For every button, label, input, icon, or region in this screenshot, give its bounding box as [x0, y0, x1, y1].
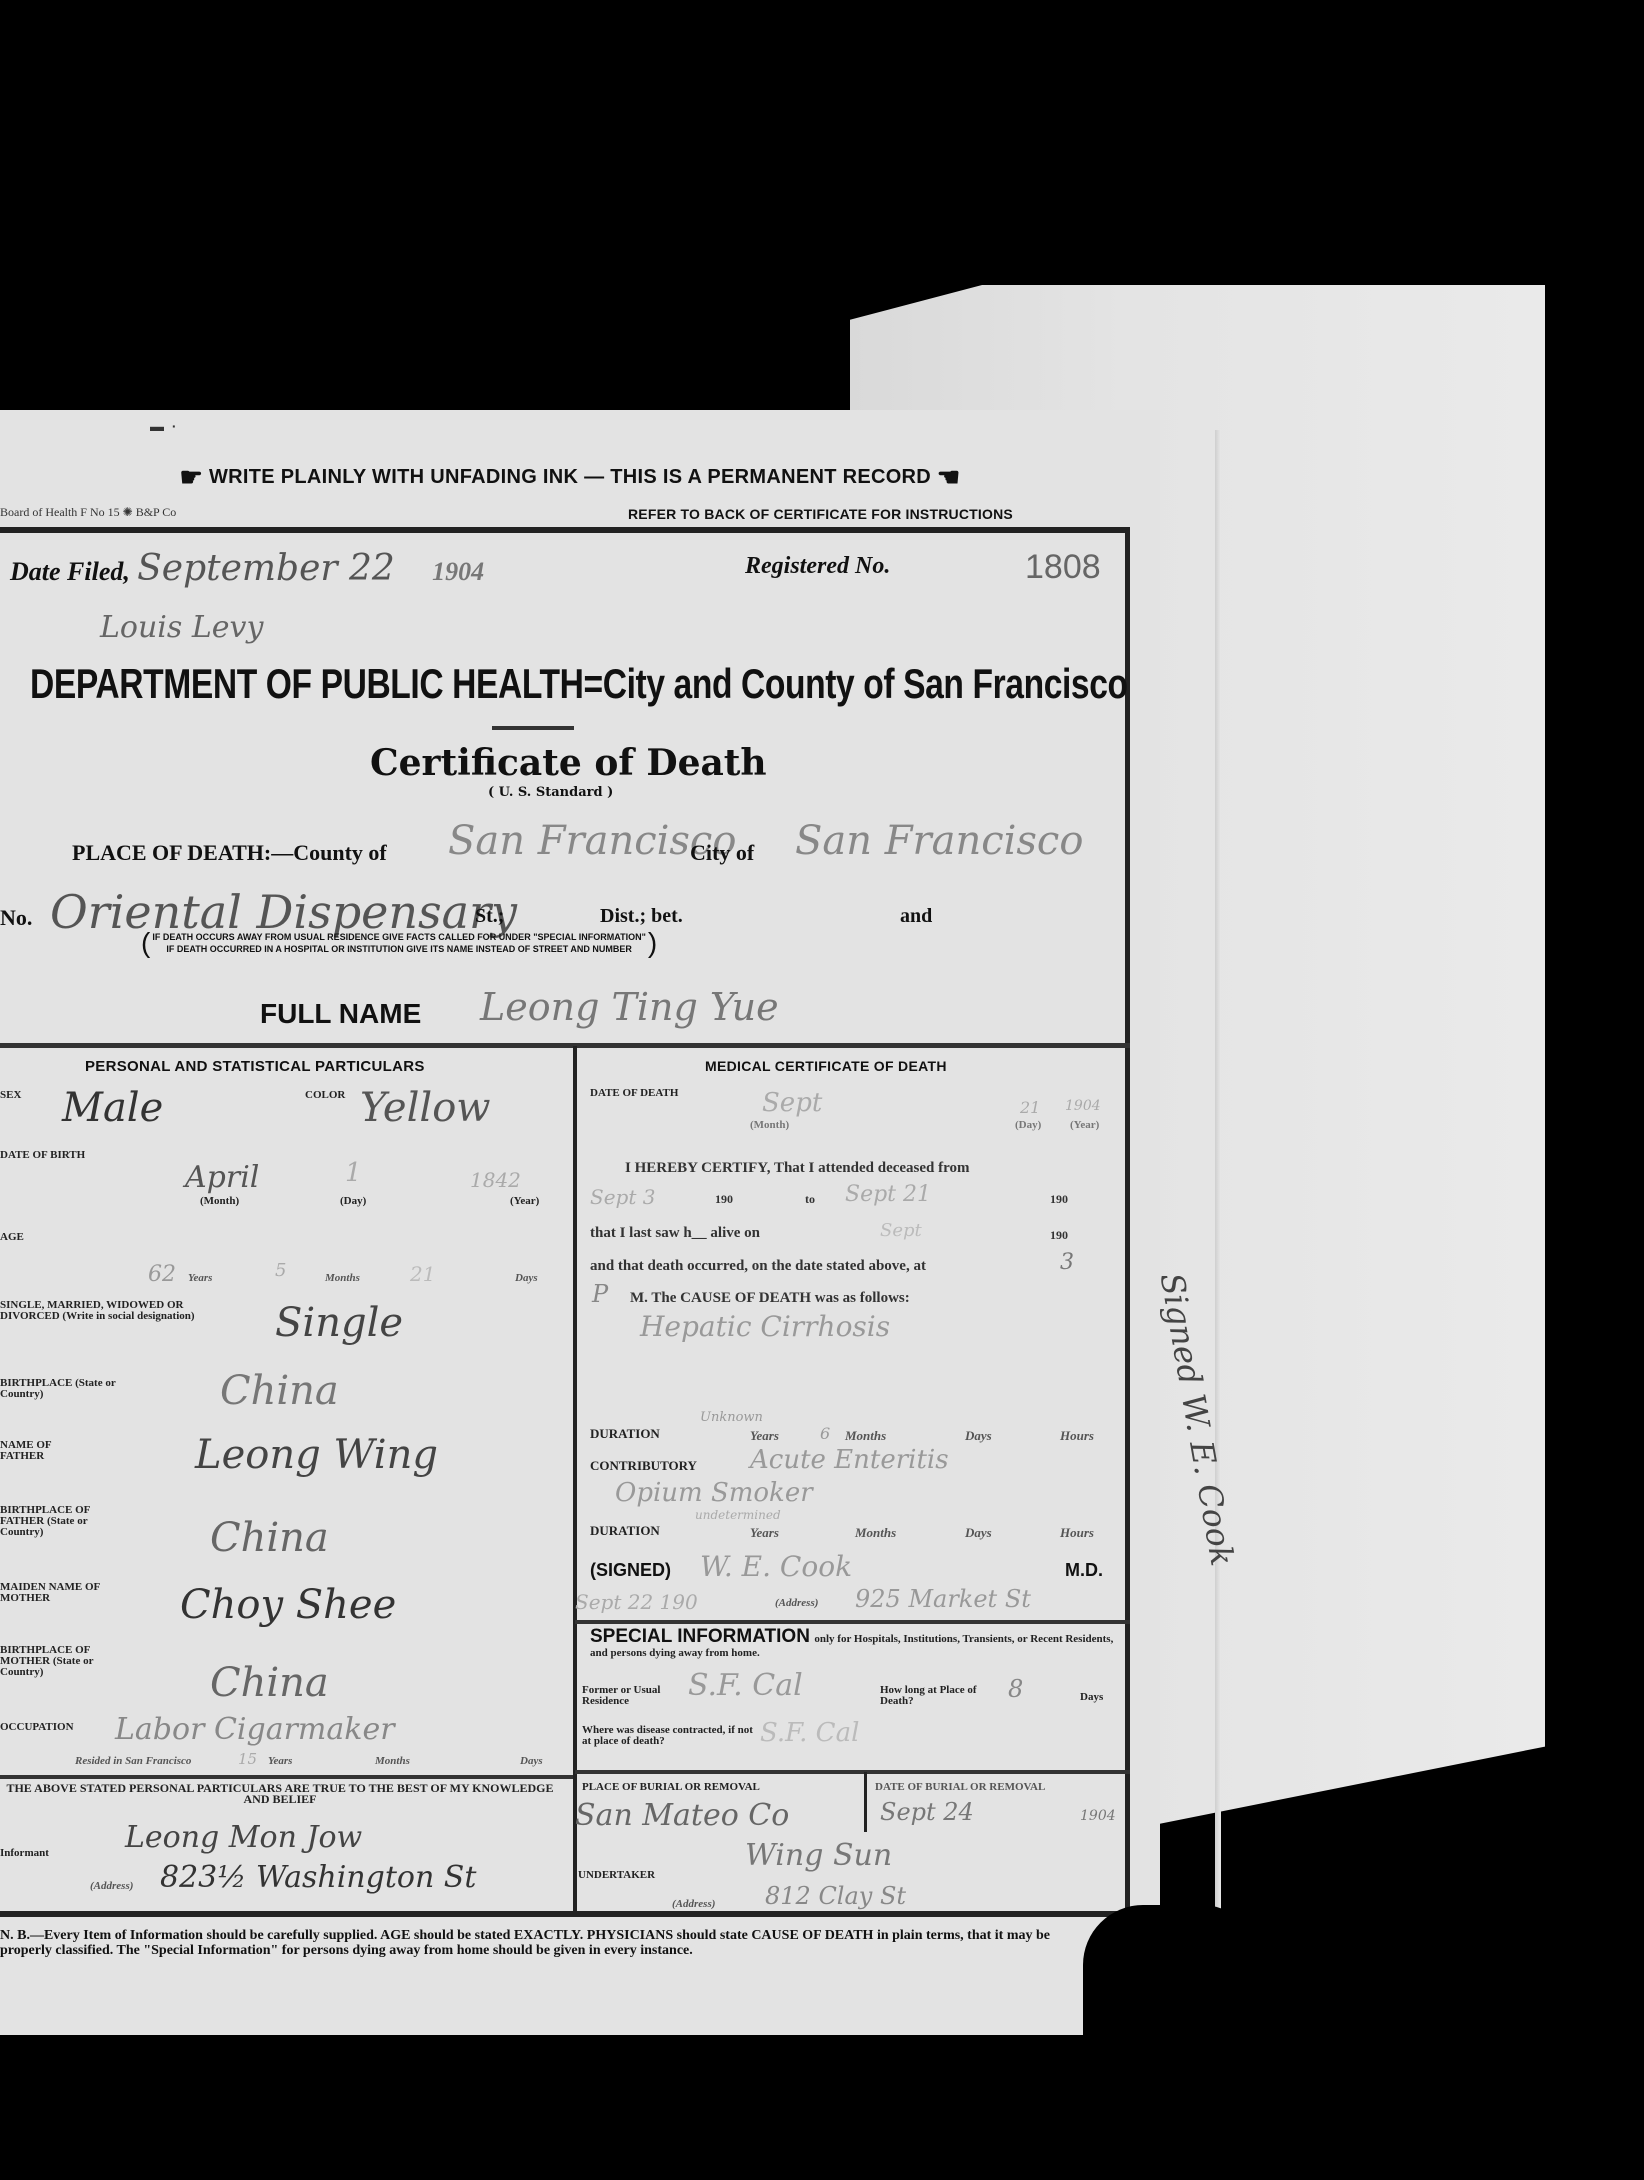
special-information-header: SPECIAL INFORMATION only for Hospitals, … [590, 1630, 1125, 1659]
cause-of-death: Hepatic Cirrhosis [640, 1310, 890, 1343]
undertaker-address: 812 Clay St [765, 1882, 906, 1910]
burial-place-label: PLACE OF BURIAL OR REMOVAL [582, 1782, 760, 1793]
certificate-title: Certificate of Death [370, 742, 767, 784]
mother-birthplace-label: BIRTHPLACE OF MOTHER (State or Country) [0, 1645, 130, 1678]
duration-months-caption: Months [845, 1428, 886, 1444]
age-label: AGE [0, 1232, 24, 1243]
days-caption: Days [515, 1272, 538, 1284]
department-title: DEPARTMENT OF PUBLIC HEALTH=City and Cou… [30, 660, 1128, 708]
place-of-death-label: PLACE OF DEATH:—County of [72, 840, 387, 866]
burial-divider [864, 1772, 867, 1832]
duration2-days-caption: Days [965, 1525, 992, 1541]
physician-signature: W. E. Cook [700, 1550, 852, 1583]
months-caption: Months [325, 1272, 360, 1284]
md-label: M.D. [1065, 1560, 1103, 1581]
attestation: THE ABOVE STATED PERSONAL PARTICULARS AR… [0, 1783, 560, 1805]
dod-day-caption: (Day) [1015, 1120, 1041, 1131]
disease-contracted-label: Where was disease contracted, if not at … [582, 1725, 762, 1747]
duration-label: DURATION [590, 1428, 660, 1439]
certificate-frame [0, 527, 1130, 1917]
color-label: COLOR [305, 1090, 345, 1101]
section-rule [575, 1770, 1130, 1774]
date-filed-value: September 22 [137, 548, 395, 589]
to-label: to [805, 1192, 815, 1207]
resided-years-caption: Years [268, 1755, 292, 1767]
divider [492, 726, 574, 730]
duration2-years-caption: Years [750, 1525, 779, 1541]
death-meridiem: P [592, 1280, 608, 1308]
year-prefix: 190 [715, 1192, 733, 1207]
how-long-label: How long at Place of Death? [880, 1685, 990, 1707]
informant-address: 823½ Washington St [160, 1860, 476, 1895]
date-of-death-label: DATE OF DEATH [590, 1088, 678, 1099]
column-divider [573, 1046, 577, 1916]
informant-address-label: (Address) [90, 1880, 133, 1892]
last-saw-label: that I last saw h__ alive on [590, 1225, 760, 1242]
certificate-subtitle: ( U. S. Standard ) [488, 785, 613, 800]
dob-month: April [185, 1160, 259, 1195]
residence-instructions: ( IF DEATH OCCURS AWAY FROM USUAL RESIDE… [140, 930, 658, 956]
sex-value: Male [62, 1085, 163, 1131]
refer-instructions: REFER TO BACK OF CERTIFICATE FOR INSTRUC… [628, 506, 1013, 522]
board-line: Board of Health F No 15 [0, 505, 120, 519]
attended-from: Sept 3 [590, 1185, 655, 1209]
duration-label-2: DURATION [590, 1525, 660, 1536]
duration-days-caption: Days [965, 1428, 992, 1444]
banner-text: WRITE PLAINLY WITH UNFADING INK — THIS I… [209, 466, 931, 488]
contributory-cause-2: Opium Smoker [615, 1478, 813, 1508]
resided-days-caption: Days [520, 1755, 543, 1767]
date-of-death-day: 21 [1020, 1098, 1040, 1117]
date-filed-label: Date Filed, [10, 557, 130, 586]
disease-contracted-value: S.F. Cal [760, 1718, 859, 1748]
physician-address-label: (Address) [775, 1597, 818, 1609]
registered-number: 1808 [1025, 548, 1101, 587]
dob-day: 1 [345, 1158, 362, 1188]
burial-year: 1904 [1080, 1808, 1116, 1824]
month-caption: (Month) [200, 1196, 239, 1207]
date-of-death-year: 1904 [1065, 1098, 1101, 1114]
dob-label: DATE OF BIRTH [0, 1150, 85, 1161]
occupation-value: Labor Cigarmaker [115, 1712, 395, 1747]
age-days: 21 [410, 1262, 435, 1286]
age-years: 62 [148, 1262, 176, 1287]
sex-label: SEX [0, 1090, 21, 1101]
birthplace-value: China [220, 1368, 339, 1414]
year-caption: (Year) [510, 1196, 539, 1207]
day-caption: (Day) [340, 1196, 366, 1207]
full-name-label: FULL NAME [260, 998, 421, 1030]
place-of-death-city: San Francisco [795, 818, 1083, 864]
year-prefix: 190 [1050, 1228, 1068, 1243]
paren-open: ( [140, 930, 151, 956]
top-edge-mark: ▬ · [150, 418, 179, 434]
registrar-signature: Louis Levy [100, 610, 263, 645]
instruction-line-2: IF DEATH OCCURRED IN A HOSPITAL OR INSTI… [152, 943, 646, 955]
informant-value: Leong Mon Jow [125, 1820, 362, 1855]
district-label: Dist.; bet. [600, 905, 683, 928]
registered-label: Registered No. [745, 553, 890, 580]
undertaker-label: UNDERTAKER [578, 1870, 655, 1881]
contributory-cause-1: Acute Enteritis [750, 1445, 949, 1475]
days-label: Days [1080, 1692, 1103, 1703]
physician-address: 925 Market St [855, 1585, 1031, 1613]
duration2-months-caption: Months [855, 1525, 896, 1541]
mother-name-value: Choy Shee [180, 1582, 396, 1628]
father-birthplace-label: BIRTHPLACE OF FATHER (State or Country) [0, 1505, 130, 1538]
age-months: 5 [275, 1260, 286, 1281]
signed-date: Sept 22 190 [575, 1590, 698, 1614]
year-prefix: 190 [1050, 1192, 1068, 1207]
instruction-line-1: IF DEATH OCCURS AWAY FROM USUAL RESIDENC… [152, 931, 646, 943]
last-saw-date: Sept [880, 1220, 922, 1241]
printer: B&P Co [136, 505, 177, 519]
street-label: St.; [475, 905, 504, 928]
burial-place-value: San Mateo Co [575, 1798, 789, 1833]
burial-date-label: DATE OF BURIAL OR REMOVAL [875, 1782, 1045, 1793]
signed-label: (SIGNED) [590, 1560, 671, 1581]
years-caption: Years [188, 1272, 212, 1284]
medical-heading: MEDICAL CERTIFICATE OF DEATH [705, 1058, 947, 1074]
dod-month-caption: (Month) [750, 1120, 789, 1131]
contributory-label: CONTRIBUTORY [590, 1460, 697, 1471]
death-hour: 3 [1060, 1250, 1074, 1275]
duration2-hours-caption: Hours [1060, 1525, 1094, 1541]
father-name-value: Leong Wing [195, 1432, 438, 1478]
paper-fold [1215, 430, 1221, 2030]
form-number: Board of Health F No 15 ✺ B&P Co [0, 505, 176, 520]
father-name-label: NAME OF FATHER [0, 1440, 90, 1462]
section-rule [0, 1775, 573, 1779]
resided-months-caption: Months [375, 1755, 410, 1767]
how-long-value: 8 [1008, 1675, 1023, 1703]
date-filed: Date Filed, September 22 1904 [10, 548, 484, 589]
paren-close: ) [647, 930, 658, 956]
occupation-label: OCCUPATION [0, 1722, 74, 1733]
city-label: City of [690, 840, 754, 866]
date-filed-year: 1904 [432, 557, 484, 586]
former-residence-label: Former or Usual Residence [582, 1685, 682, 1707]
footnote: N. B.—Every Item of Information should b… [0, 1928, 1080, 1958]
burial-date-value: Sept 24 [880, 1798, 974, 1826]
informant-label: Informant [0, 1848, 49, 1859]
mother-birthplace-value: China [210, 1660, 329, 1706]
section-rule [575, 1620, 1130, 1624]
pointing-hand-icon: ☛ [179, 462, 203, 493]
special-information-heading: SPECIAL INFORMATION [590, 1626, 810, 1647]
color-value: Yellow [360, 1085, 491, 1131]
dob-year: 1842 [470, 1168, 521, 1192]
no-label: No. [0, 905, 32, 931]
personal-heading: PERSONAL AND STATISTICAL PARTICULARS [85, 1058, 425, 1075]
undertaker-value: Wing Sun [745, 1838, 892, 1873]
cause-label: M. The CAUSE OF DEATH was as follows: [630, 1290, 910, 1307]
seal-icon: ✺ [123, 505, 133, 519]
full-name-value: Leong Ting Yue [480, 985, 779, 1029]
duration-note: Unknown [700, 1410, 763, 1425]
thumb-occlusion [1083, 1905, 1253, 2180]
duration-hours-caption: Hours [1060, 1428, 1094, 1444]
resided-years: 15 [238, 1750, 257, 1768]
certify-text: I HEREBY CERTIFY, That I attended deceas… [625, 1160, 970, 1177]
pointing-hand-icon: ☚ [937, 462, 961, 493]
banner: ☛ WRITE PLAINLY WITH UNFADING INK — THIS… [45, 462, 1095, 493]
death-time-label: and that death occurred, on the date sta… [590, 1258, 926, 1275]
birthplace-label: BIRTHPLACE (State or Country) [0, 1378, 130, 1400]
duration-years-caption: Years [750, 1428, 779, 1444]
undertaker-address-label: (Address) [672, 1898, 715, 1910]
section-rule [0, 1043, 1130, 1048]
contributory-duration-note: undetermined [695, 1508, 781, 1522]
father-birthplace-value: China [210, 1515, 329, 1561]
and-label: and [900, 905, 932, 928]
marital-status-label: SINGLE, MARRIED, WIDOWED OR DIVORCED (Wr… [0, 1300, 220, 1322]
attended-to: Sept 21 [845, 1182, 931, 1207]
duration-months-value: 6 [820, 1424, 830, 1443]
former-residence-value: S.F. Cal [688, 1668, 803, 1703]
marital-status-value: Single [275, 1300, 403, 1346]
date-of-death-month: Sept [762, 1088, 822, 1118]
mother-name-label: MAIDEN NAME OF MOTHER [0, 1582, 130, 1604]
resided-label: Resided in San Francisco [75, 1755, 191, 1767]
dod-year-caption: (Year) [1070, 1120, 1099, 1131]
